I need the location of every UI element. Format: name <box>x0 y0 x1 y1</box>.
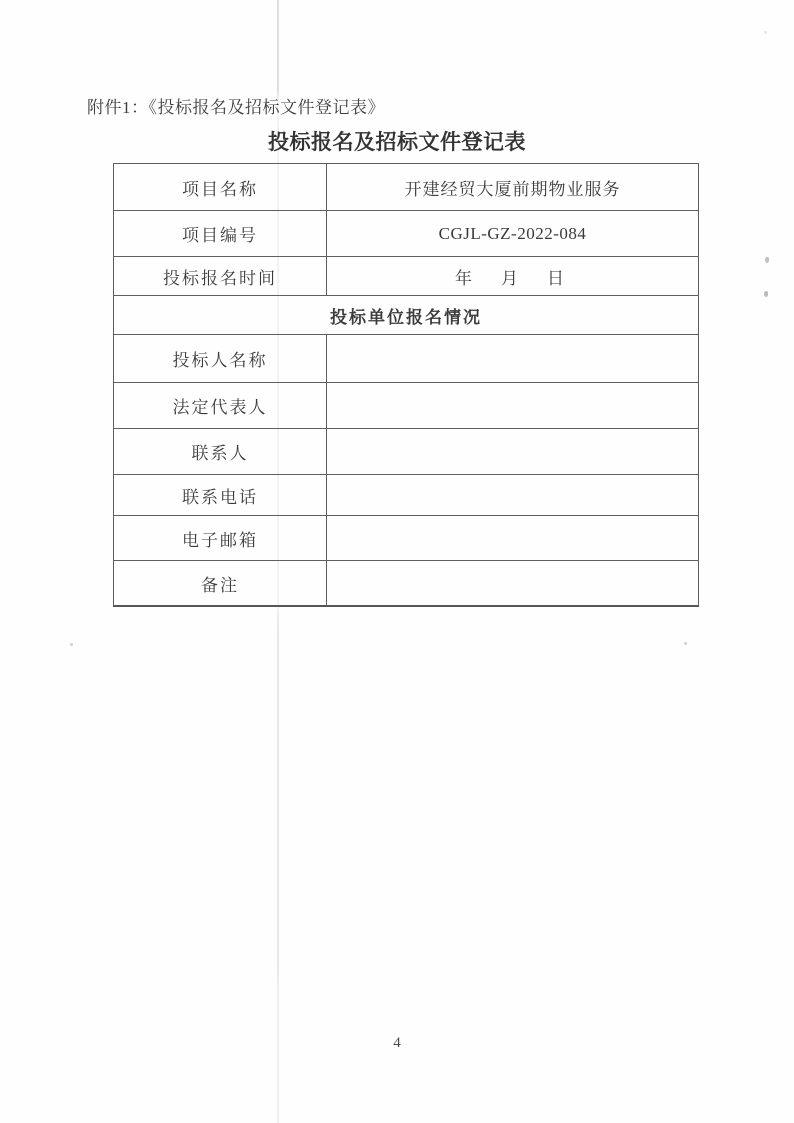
attachment-note: 附件1：《投标报名及招标文件登记表》 <box>87 93 385 118</box>
row-label: 项目编号 <box>114 211 327 257</box>
row-label: 投标报名时间 <box>114 257 327 296</box>
row-value: CGJL-GZ-2022-084 <box>327 211 699 257</box>
row-label: 投标人名称 <box>114 335 327 383</box>
scan-speck <box>765 257 769 263</box>
row-label: 法定代表人 <box>114 383 327 429</box>
row-label: 项目名称 <box>114 164 327 211</box>
row-label: 电子邮箱 <box>114 516 327 561</box>
table-row-project-name: 项目名称 开建经贸大厦前期物业服务 <box>114 164 699 211</box>
table-row-remarks: 备注 <box>114 561 699 607</box>
row-label: 备注 <box>114 561 327 607</box>
row-value <box>327 561 699 607</box>
scan-speck <box>684 642 687 645</box>
row-value: 年 月 日 <box>327 257 699 296</box>
row-value <box>327 475 699 516</box>
table-row-legal-representative: 法定代表人 <box>114 383 699 429</box>
row-label: 联系电话 <box>114 475 327 516</box>
row-value: 开建经贸大厦前期物业服务 <box>327 164 699 211</box>
page-title: 投标报名及招标文件登记表 <box>0 126 794 156</box>
section-header: 投标单位报名情况 <box>114 296 699 335</box>
table-row-contact-phone: 联系电话 <box>114 475 699 516</box>
row-value <box>327 383 699 429</box>
scan-speck <box>764 291 768 297</box>
row-label: 联系人 <box>114 429 327 475</box>
row-value <box>327 516 699 561</box>
registration-table: 项目名称 开建经贸大厦前期物业服务 项目编号 CGJL-GZ-2022-084 … <box>113 163 699 607</box>
row-value <box>327 429 699 475</box>
row-value <box>327 335 699 383</box>
table-row-email: 电子邮箱 <box>114 516 699 561</box>
table-row-bidder-name: 投标人名称 <box>114 335 699 383</box>
table-row-signup-time: 投标报名时间 年 月 日 <box>114 257 699 296</box>
table-row-project-number: 项目编号 CGJL-GZ-2022-084 <box>114 211 699 257</box>
table-row-contact-person: 联系人 <box>114 429 699 475</box>
scan-speck <box>70 643 73 646</box>
table-section-header-row: 投标单位报名情况 <box>114 296 699 335</box>
document-page: 附件1：《投标报名及招标文件登记表》 投标报名及招标文件登记表 项目名称 开建经… <box>0 0 794 1123</box>
page-number: 4 <box>0 1035 794 1052</box>
scan-speck <box>764 31 767 34</box>
